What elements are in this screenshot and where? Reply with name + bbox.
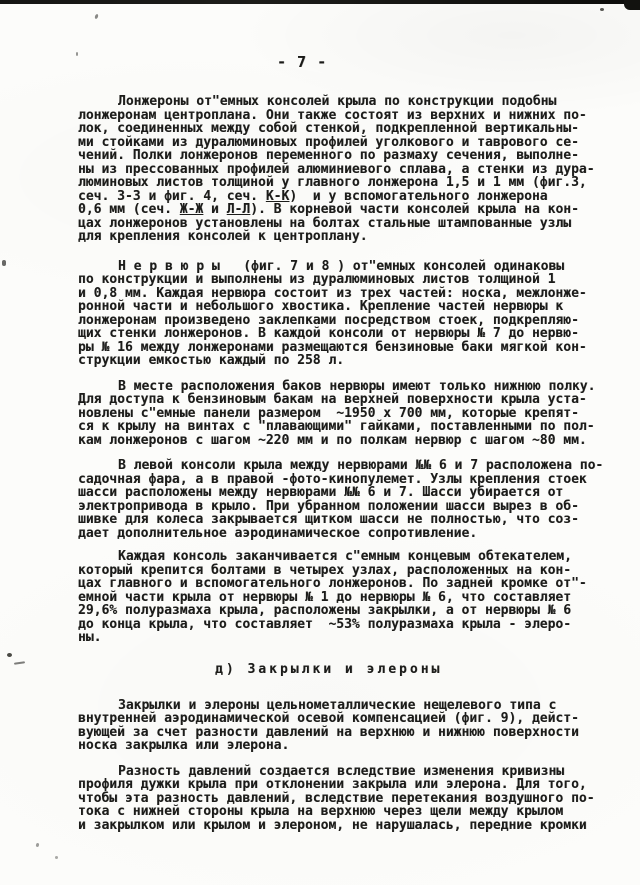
scan-speck [14, 661, 25, 665]
scan-corner-artifact [624, 0, 640, 10]
paragraph-pressure-difference: Разность давлений создается вследствие и… [78, 765, 618, 833]
text-line: лонжеронам центроплана. Они также состоя… [78, 109, 618, 123]
text-line: внутренней аэродинамической осевой компе… [78, 712, 618, 726]
text-line: ны. [78, 631, 618, 645]
text-line: чтобы эта разность давлений, вследствие … [78, 792, 618, 806]
paragraph-fuel-tank-panels: В месте расположения баков нервюры имеют… [78, 380, 618, 448]
text-line: ми стойками из дуралюминовых профилей уг… [78, 136, 618, 150]
scan-speck [36, 843, 40, 848]
scan-speck [600, 8, 604, 11]
text-line: электропривода в крыло. При убранном пол… [78, 500, 618, 514]
scan-top-edge-artifact [0, 0, 640, 4]
paragraph-landing-light-gear: В левой консоли крыла между нервюрами №№… [78, 459, 618, 540]
text-line: Н е р в ю р ы (фиг. 7 и 8 ) от"емных кон… [78, 260, 618, 274]
text-line: и закрылком или крылом и элероном, не на… [78, 819, 618, 833]
text-line: Разность давлений создается вследствие и… [78, 765, 618, 779]
text-line: цах лонжеронов установлены на болтах ста… [78, 217, 618, 231]
text-line: вующей за счет разности давлений на верх… [78, 726, 618, 740]
text-line: профиля дужки крыла при отклонении закры… [78, 778, 618, 792]
paragraph-flaps-ailerons-intro: Закрылки и элероны цельнометаллические н… [78, 699, 618, 753]
scan-speck [94, 14, 99, 20]
text-line: шасси расположены между нервюрами №№ 6 и… [78, 486, 618, 500]
scan-speck [7, 653, 12, 657]
text-line: В месте расположения баков нервюры имеют… [78, 380, 618, 394]
text-line: лонжеронам произведено заклепками посред… [78, 314, 618, 328]
text-line: ся к крылу на винтах с "плавающими" гайк… [78, 420, 618, 434]
text-line: цах главного и вспомогательного лонжерон… [78, 577, 618, 591]
underlined-section-mark: Л-Л [227, 202, 250, 217]
text-line: лок, соединенных между собой стенкой, по… [78, 122, 618, 136]
text-line: дает дополнительное аэродинамическое соп… [78, 527, 618, 541]
text-line: для крепления консолей к центроплану. [78, 230, 618, 244]
text-line: В левой консоли крыла между нервюрами №№… [78, 459, 618, 473]
scan-speck [76, 52, 78, 56]
scanned-document-page: - 7 - Лонжероны от"емных консолей крыла … [0, 0, 640, 885]
text-line: по конструкции и выполнены из дуралюмино… [78, 273, 618, 287]
paragraph-ribs: Н е р в ю р ы (фиг. 7 и 8 ) от"емных кон… [78, 260, 618, 368]
text-line: Лонжероны от"емных консолей крыла по кон… [78, 95, 618, 109]
text-line: ны из прессованных профилей алюминиевого… [78, 163, 618, 177]
text-line: носка закрылка или элерона. [78, 739, 618, 753]
text-line: садочная фара, а в правой -фото-кинопуле… [78, 473, 618, 487]
text-line: ронной части и небольшого хвостика. Креп… [78, 300, 618, 314]
text-line: 0,6 мм (сеч. Ж-Ж и Л-Л). В корневой част… [78, 203, 618, 217]
text-line: кам лонжеронов с шагом ~220 мм и по полк… [78, 434, 618, 448]
scan-speck [55, 856, 58, 859]
text-line: Закрылки и элероны цельнометаллические н… [78, 699, 618, 713]
page-number: - 7 - [277, 53, 327, 71]
text-line: щих стенки лонжеронов. В каждой консоли … [78, 327, 618, 341]
text-line: и 0,8 мм. Каждая нервюра состоит из трех… [78, 287, 618, 301]
text-line: тока с нижней стороны крыла на верхнюю ч… [78, 805, 618, 819]
text-line: ры № 16 между лонжеронами размещаются бе… [78, 341, 618, 355]
text-line: новлены с"емные панели размером ~1950 х … [78, 407, 618, 421]
text-line: емной части крыла от нервюры № 1 до нерв… [78, 591, 618, 605]
paragraph-wingtip-fairing: Каждая консоль заканчивается с"емным кон… [78, 550, 618, 645]
text-line: Каждая консоль заканчивается с"емным кон… [78, 550, 618, 564]
text-line: струкции емкостью каждый по 258 л. [78, 354, 618, 368]
text-line: Для доступа к бензиновым бакам на верхне… [78, 393, 618, 407]
scan-speck [2, 260, 6, 266]
text-line: до конца крыла, что составляет ~53% полу… [78, 618, 618, 632]
section-heading-flaps-ailerons: д) Закрылки и элероны [215, 663, 618, 677]
text-line: люминовых листов толщиной у главного лон… [78, 176, 618, 190]
paragraph-spars: Лонжероны от"емных консолей крыла по кон… [78, 95, 618, 244]
text-line: чений. Полки лонжеронов переменного по р… [78, 149, 618, 163]
underlined-section-mark: Ж-Ж [180, 202, 203, 217]
text-line: 29,6% полуразмаха крыла, расположены зак… [78, 604, 618, 618]
text-line: сеч. 3-3 и фиг. 4, сеч. К-К) и у вспомог… [78, 190, 618, 204]
text-line: который крепится болтами в четырех узлах… [78, 564, 618, 578]
text-line: шивке для колеса закрывается щитком шасс… [78, 513, 618, 527]
page-body-text: Лонжероны от"емных консолей крыла по кон… [78, 95, 618, 832]
